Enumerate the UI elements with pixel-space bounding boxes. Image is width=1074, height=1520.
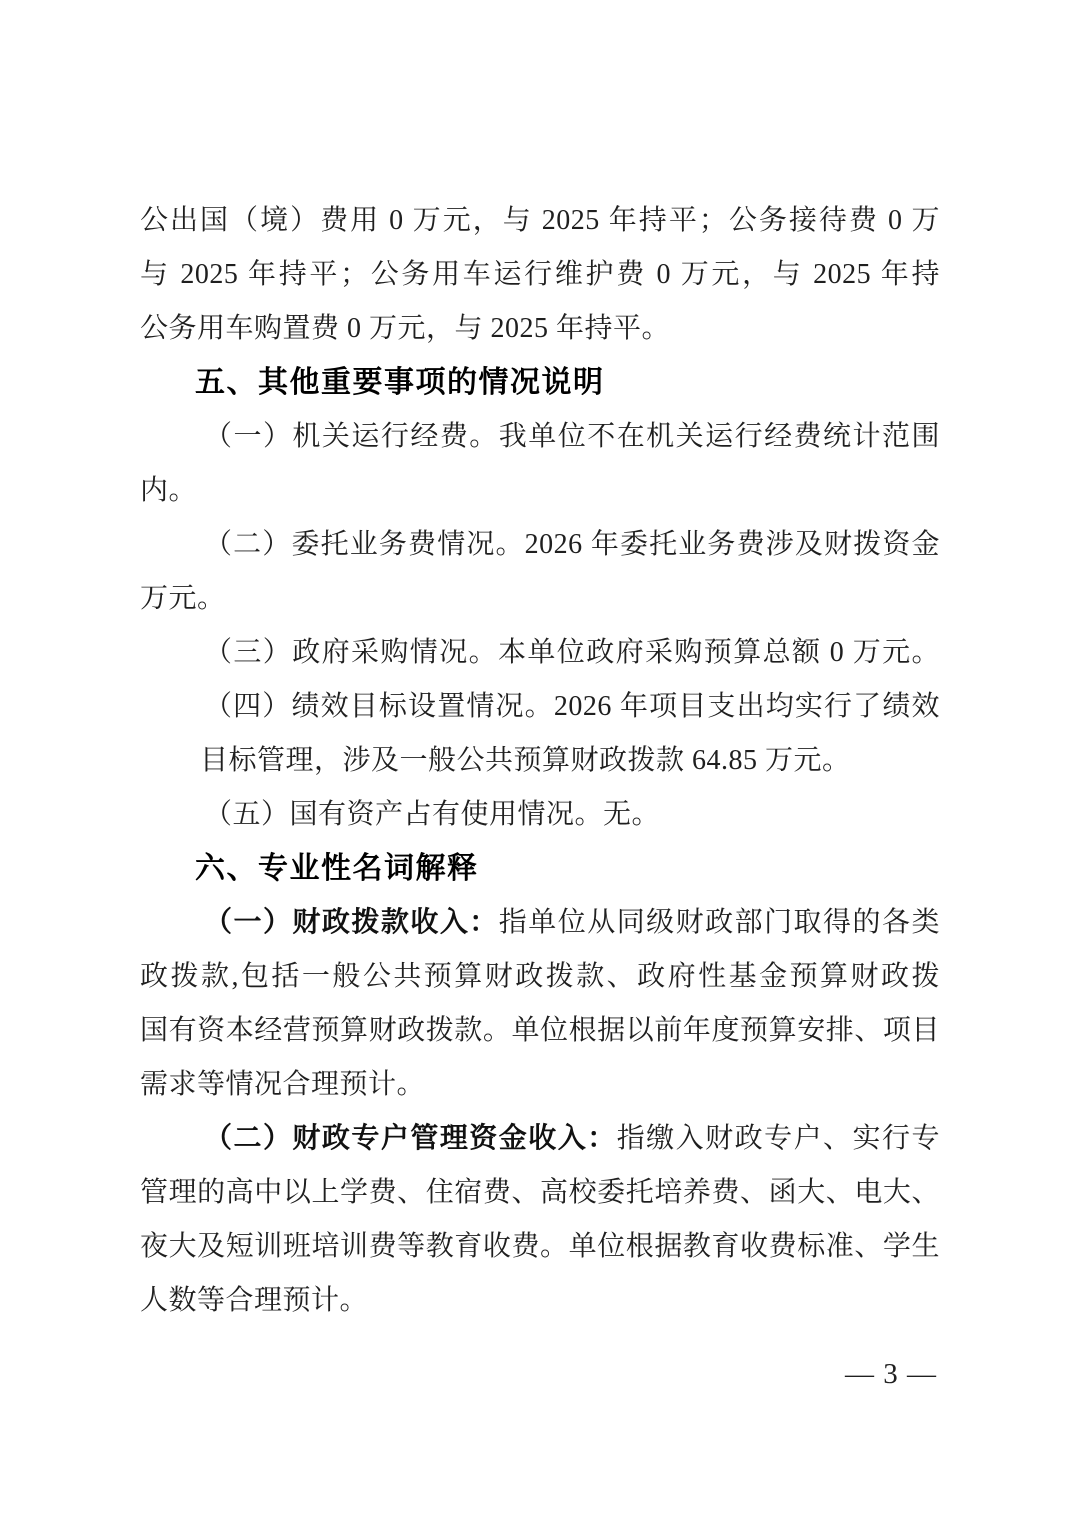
text-line: （一）机关运行经费。我单位不在机关运行经费统计范围之 xyxy=(140,410,940,464)
text-line: 万元。 xyxy=(140,572,940,626)
defined-term: （二）财政专户管理资金收入： xyxy=(204,1123,617,1154)
section6-item2: （二）财政专户管理资金收入：指缴入财政专户、实行专项 管理的高中以上学费、住宿费… xyxy=(140,1112,940,1328)
text-line: （二）财政专户管理资金收入：指缴入财政专户、实行专项 xyxy=(140,1112,940,1166)
page-number: — 3 — xyxy=(845,1347,937,1401)
section5-item2: （二）委托业务费情况。2026 年委托业务费涉及财拨资金 0 万元。 xyxy=(140,518,940,626)
section5-item3: （三）政府采购情况。本单位政府采购预算总额 0 万元。 xyxy=(140,626,940,680)
section5-item1: （一）机关运行经费。我单位不在机关运行经费统计范围之 内。 xyxy=(140,410,940,518)
text-line: 公务用车购置费 0 万元，与 2025 年持平。 xyxy=(140,302,940,356)
section6-item1: （一）财政拨款收入：指单位从同级财政部门取得的各类财 政拨款,包括一般公共预算财… xyxy=(140,896,940,1112)
text-line: 政拨款,包括一般公共预算财政拨款、政府性基金预算财政拨款、 xyxy=(140,950,940,1004)
text-line: （五）国有资产占有使用情况。无。 xyxy=(140,788,940,842)
text-line: （四）绩效目标设置情况。2026 年项目支出均实行了绩效 xyxy=(140,680,940,734)
text-line: 夜大及短训班培训费等教育收费。单位根据教育收费标准、学生 xyxy=(140,1220,940,1274)
section5-heading: 五、其他重要事项的情况说明 xyxy=(140,356,940,410)
document-page: 公出国（境）费用 0 万元，与 2025 年持平；公务接待费 0 万元， 与 2… xyxy=(0,0,1074,1520)
defined-term: （一）财政拨款收入： xyxy=(204,907,499,938)
section5-item5: （五）国有资产占有使用情况。无。 xyxy=(140,788,940,842)
text-line: 管理的高中以上学费、住宿费、高校委托培养费、函大、电大、 xyxy=(140,1166,940,1220)
text-line: 人数等合理预计。 xyxy=(140,1274,940,1328)
intro-paragraph: 公出国（境）费用 0 万元，与 2025 年持平；公务接待费 0 万元， 与 2… xyxy=(140,194,940,356)
text-line: （二）委托业务费情况。2026 年委托业务费涉及财拨资金 0 xyxy=(140,518,940,572)
text-line: 国有资本经营预算财政拨款。单位根据以前年度预算安排、项目 xyxy=(140,1004,940,1058)
document-body: 公出国（境）费用 0 万元，与 2025 年持平；公务接待费 0 万元， 与 2… xyxy=(140,194,940,1328)
text-line: 公出国（境）费用 0 万元，与 2025 年持平；公务接待费 0 万元， xyxy=(140,194,940,248)
section6-heading: 六、专业性名词解释 xyxy=(140,842,940,896)
text-line: 需求等情况合理预计。 xyxy=(140,1058,940,1112)
text-line: （一）财政拨款收入：指单位从同级财政部门取得的各类财 xyxy=(140,896,940,950)
section5-item4: （四）绩效目标设置情况。2026 年项目支出均实行了绩效 目标管理，涉及一般公共… xyxy=(140,680,940,788)
text-line: 内。 xyxy=(140,464,940,518)
text-line: 目标管理，涉及一般公共预算财政拨款 64.85 万元。 xyxy=(140,734,940,788)
text-line: 与 2025 年持平；公务用车运行维护费 0 万元，与 2025 年持平； xyxy=(140,248,940,302)
text-line: （三）政府采购情况。本单位政府采购预算总额 0 万元。 xyxy=(140,626,940,680)
